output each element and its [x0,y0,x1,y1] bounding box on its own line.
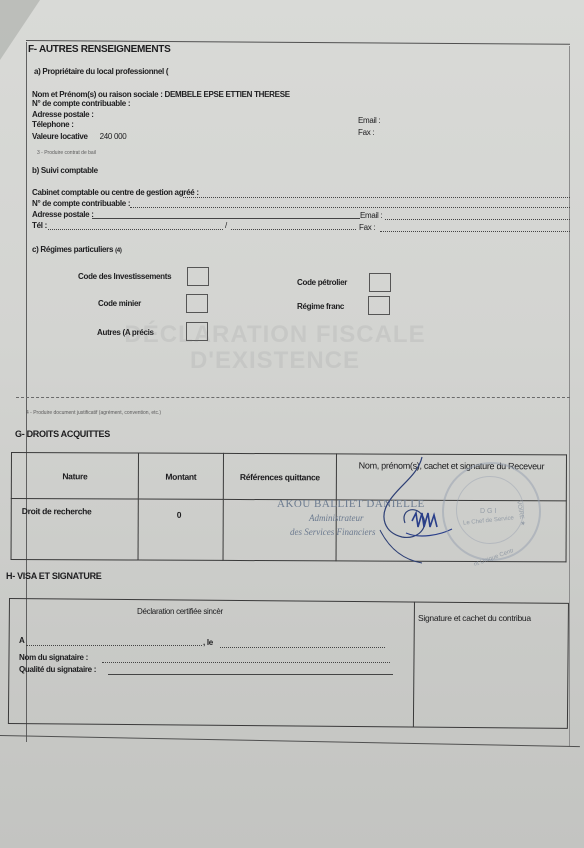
suivi-email-label: Email : [360,211,382,220]
header-nature: Nature [11,453,138,500]
suivi-compte-field[interactable] [130,207,570,208]
section-f-title: F- AUTRES RENSEIGNEMENTS [28,44,170,55]
lieu-field[interactable] [26,645,202,646]
valeur-locative-row: Valeure locative 240 000 [32,132,126,141]
regime-label-petrolier: Code pétrolier [297,278,347,287]
suivi-adresse-field[interactable] [92,218,360,219]
nom-signataire-field[interactable] [102,662,390,663]
signature-cachet-label: Signature et cachet du contribua [418,613,531,623]
proprietaire-heading: a) Propriétaire du local professionnel ( [34,67,168,76]
seal-text-dgi: D G I [480,508,496,515]
suivi-heading: b) Suivi comptable [32,166,98,175]
checkbox-code-petrolier[interactable] [369,273,391,292]
telephone-label: Télephone : [32,120,74,129]
checkbox-code-minier[interactable] [186,294,208,313]
cabinet-label: Cabinet comptable ou centre de gestion a… [32,188,199,197]
suivi-email-field[interactable] [385,219,570,220]
valeur-locative-value: 240 000 [100,132,127,141]
adresse-postale-label: Adresse postale : [32,110,94,119]
suivi-tel-separator: / [225,221,227,230]
nom-value: DEMBELE EPSE ETTIEN THERESE [165,90,290,99]
cell-nature: Droit de recherche [11,499,138,561]
proprietaire-fax-label: Fax : [358,128,374,137]
qualite-signataire-label: Qualité du signataire : [19,665,96,674]
checkbox-regime-franc[interactable] [368,296,390,315]
suivi-tel-label: Tél : [32,221,47,230]
watermark-text: DÉCLARATION FISCALE D'EXISTENCE [65,322,485,348]
regime-label-franc: Régime franc [297,302,344,311]
stamp-title-line-1: Administrateur [309,513,364,523]
regime-label-investissements: Code des Investissements [78,272,171,281]
nom-signataire-label: Nom du signataire : [19,653,88,662]
suivi-adresse-label: Adresse postale : [32,210,94,219]
declaration-label: Déclaration certifiée sincèr [137,607,223,616]
qualite-signataire-field[interactable] [108,674,393,675]
section-divider [16,397,570,398]
lieu-label: A [19,636,24,645]
valeur-locative-label: Valeure locative [32,132,88,141]
suivi-tel-field-2[interactable] [231,229,356,230]
nom-label: Nom et Prénom(s) ou raison sociale : [32,90,163,99]
proprietaire-email-label: Email : [358,116,380,125]
suivi-fax-label: Fax : [359,223,375,232]
compte-contribuable-label: N° de compte contribuable : [32,99,130,108]
date-label: , le [203,638,213,647]
cell-montant: 0 [138,499,223,560]
suivi-tel-field-1[interactable] [48,229,223,230]
cabinet-field[interactable] [183,197,570,198]
date-field[interactable] [220,647,385,648]
footnote-3: 3 - Produire contrat de bail [37,150,96,156]
header-references: Références quittance [223,453,336,499]
frame-border-right [569,46,570,746]
proprietaire-nom-row: Nom et Prénom(s) ou raison sociale : DEM… [32,90,290,99]
section-g-title: G- DROITS ACQUITTES [15,429,110,439]
header-montant: Montant [138,453,223,499]
form-page: F- AUTRES RENSEIGNEMENTS a) Propriétaire… [0,0,584,848]
regimes-heading: c) Régimes particuliers (4) [32,245,122,254]
footnote-4: 4 - Produire document justificatif (agré… [26,410,161,416]
regime-label-minier: Code minier [98,299,141,308]
section-h-title: H- VISA ET SIGNATURE [6,571,102,581]
suivi-compte-label: N° de compte contribuable : [32,199,130,208]
suivi-fax-field[interactable] [380,231,570,232]
checkbox-code-investissements[interactable] [187,267,209,286]
frame-border-bottom [0,735,580,747]
